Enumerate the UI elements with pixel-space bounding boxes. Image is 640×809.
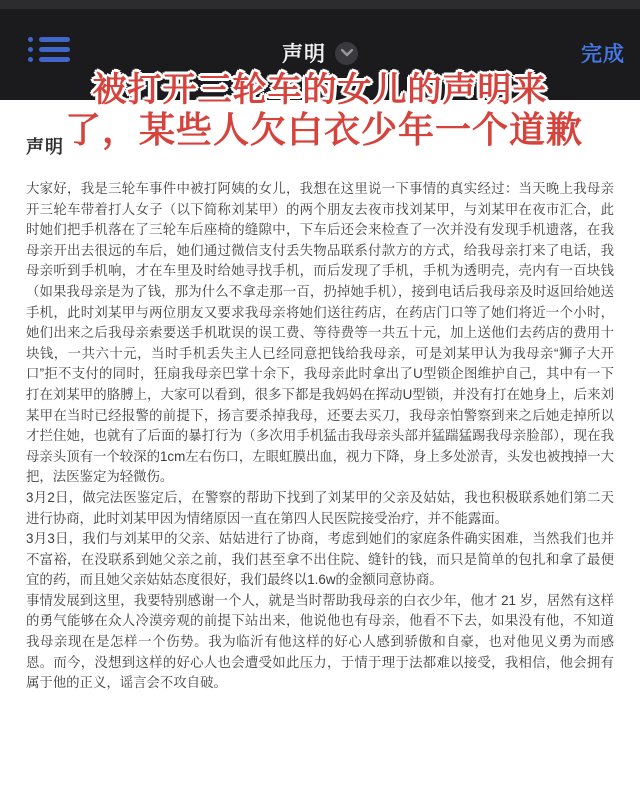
paragraph: 大家好，我是三轮车事件中被打阿姨的女儿，我想在这里说一下事情的真实经过：当天晚上… [26,179,614,488]
paragraph: 事情发展到这里，我要特别感谢一个人，就是当时帮助我母亲的白衣少年，他才 21 岁… [26,591,614,694]
document-body[interactable]: 大家好，我是三轮车事件中被打阿姨的女儿，我想在这里说一下事情的真实经过：当天晚上… [26,179,614,694]
paragraph: 3月2日，做完法医鉴定后，在警察的帮助下找到了刘某甲的父亲及姑姑，我也积极联系她… [26,488,614,529]
overlay-caption-line2: 了，某些人欠白衣少年一个道歉 [65,102,583,153]
paragraph: 3月3日，我们与刘某甲的父亲、姑姑进行了协商，考虑到她们的家庭条件确实困难，当然… [26,529,614,591]
notes-app-screen: 声明 完成 声明 大家好，我是三轮车事件中被打阿姨的女儿，我想在这里说一下事情的… [0,0,640,809]
done-button[interactable]: 完成 [581,38,625,68]
document-heading: 声明 [26,133,64,159]
